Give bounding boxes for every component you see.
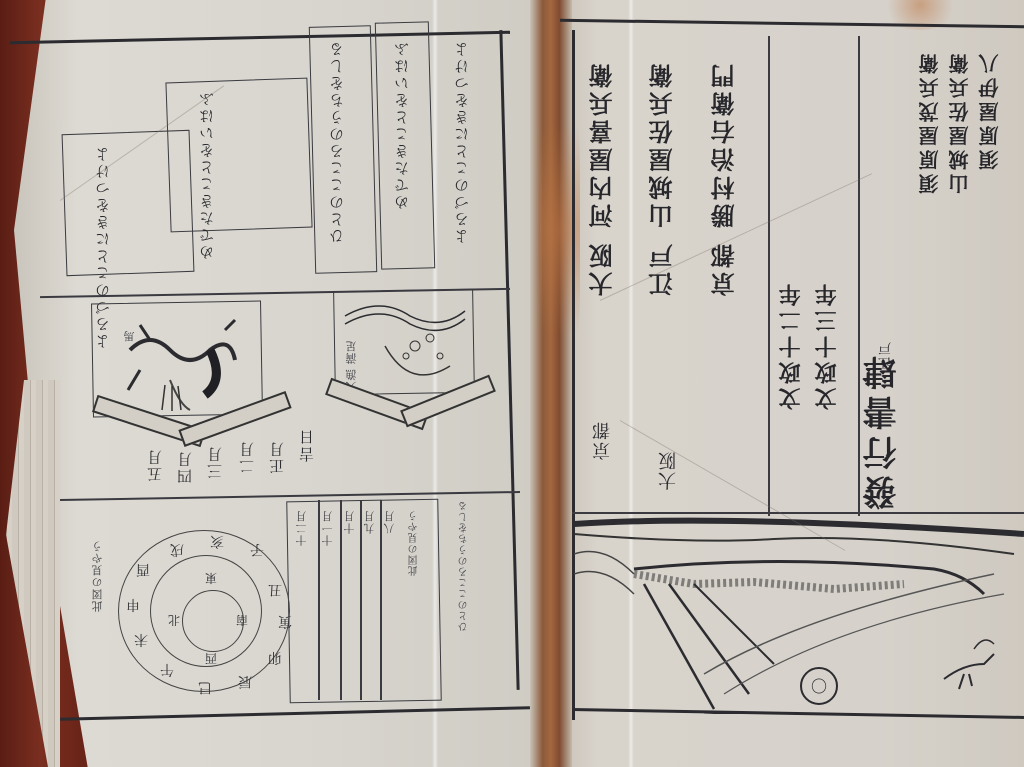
zodiac-label: 巳 (198, 678, 212, 698)
zodiac-label: 酉 (136, 560, 150, 580)
calendar-col-line (340, 500, 342, 700)
calendar-col-5: 八月 (384, 510, 396, 534)
horse-illustration-icon (110, 310, 250, 420)
zodiac-inner-label: 北 (168, 612, 180, 629)
calendar-col-2: 十一月 (322, 510, 334, 546)
zodiac-label: 辰 (238, 672, 252, 692)
waves-dragon-illustration-icon (340, 296, 470, 396)
zodiac-label: 子 (250, 540, 264, 560)
city-label-kyoto: 京都 (594, 420, 613, 460)
calendar-col-1: 十二月 (296, 510, 308, 546)
middle-text-4: 三月 (208, 445, 224, 479)
publisher-col-2: 江戸 山城屋佐兵衛 (650, 60, 675, 296)
zodiac-label: 午 (160, 660, 174, 680)
box-text-right: よろづのことにきをつけよ (455, 40, 471, 244)
publisher-row-2: 山城屋佐兵衛 (950, 50, 971, 194)
calendar-col-3: 十月 (344, 510, 356, 534)
calendar-col-line (360, 500, 362, 700)
publisher-col-1: 大阪 河内屋喜兵衛 (590, 60, 615, 296)
box-text-center: めでたきことをいはふ (200, 90, 216, 260)
zodiac-label: 丑 (268, 580, 282, 600)
right-page-col-divider-2 (858, 36, 860, 516)
middle-text-3: 二月 (240, 440, 256, 474)
middle-text-2: 正月 (270, 440, 286, 474)
ema-horse-caption: 馬 (124, 330, 136, 342)
zodiac-label: 戌 (170, 540, 184, 560)
calendar-col-line (380, 500, 382, 700)
middle-text-6: 五月 (148, 448, 164, 482)
box-text-tall: ひとのこころのうちをしる (330, 40, 346, 244)
calendar-col-4: 九月 (364, 510, 376, 534)
zodiac-inner-ring (182, 590, 244, 652)
box-text-tall-2: めでたきことをいはふ (395, 40, 411, 210)
city-label-osaka: 大阪 (660, 450, 679, 490)
zodiac-label: 卯 (268, 648, 282, 668)
colophon-heading: 發行書肆 (866, 350, 902, 510)
publisher-col-3: 京都 勝村治右衛門 (712, 60, 737, 296)
calendar-col-line (318, 500, 320, 700)
publisher-row-1: 須原屋茂兵衛 (920, 50, 941, 194)
zodiac-inner-label: 西 (205, 650, 217, 667)
svg-text:〇: 〇 (811, 676, 827, 695)
city-label-edo: 江戸 (880, 340, 894, 370)
zodiac-label: 未 (134, 630, 148, 650)
zodiac-label: 亥 (210, 532, 224, 552)
right-page-col-divider (768, 36, 770, 516)
calendar-notes: 此図の見やう (410, 510, 421, 576)
right-margin-notes: ひとのこころのうちをしる (460, 500, 471, 632)
book-photo: めでたきことをいはふ よろづのことにきをつけよ ひとのこころのうちをしる めでた… (0, 0, 1024, 767)
middle-text-1: 吉日 (300, 428, 316, 462)
era-column-2: 文政十三年 (816, 280, 839, 410)
middle-text-5: 四月 (178, 450, 194, 484)
era-column-1: 文政十二年 (780, 280, 803, 410)
zodiac-label: 寅 (278, 612, 292, 632)
zodiac-label: 申 (126, 595, 140, 615)
publisher-row-3: 須原屋伊八 (980, 50, 1001, 170)
bridge-boat-illustration-icon: 〇 (574, 514, 1024, 714)
zodiac-inner-label: 東 (205, 570, 217, 587)
zodiac-inner-label: 南 (236, 612, 248, 629)
zodiac-side-note: 此図の見やう (92, 540, 104, 612)
